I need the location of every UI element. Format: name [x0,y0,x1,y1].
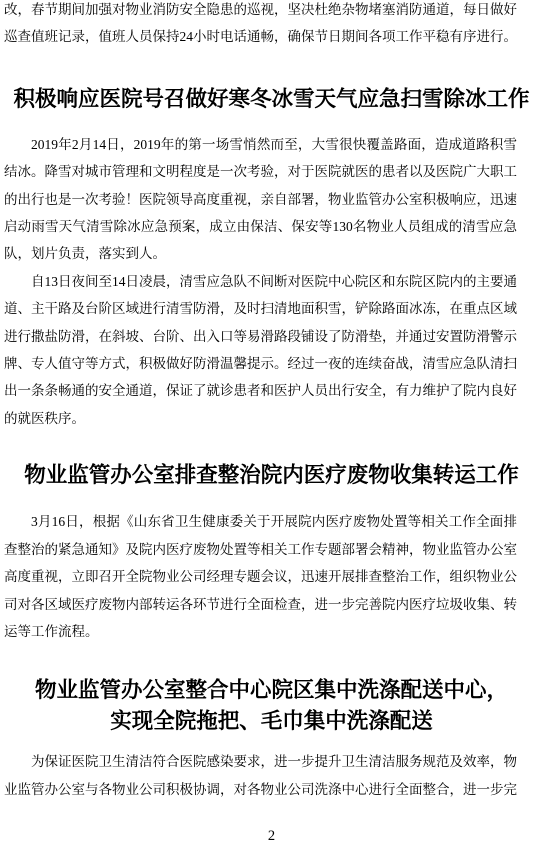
section-3-paragraph-1: 为保证医院卫生清洁符合医院感染要求，进一步提升卫生清洁服务规范及效率，物业监管办… [4,748,517,803]
section-3-heading: 物业监管办公室整合中心院区集中洗涤配送中心，实现全院拖把、毛巾集中洗涤配送 [0,675,543,737]
section-3-heading-line-1: 物业监管办公室整合中心院区集中洗涤配送中心， [35,678,508,703]
continuation-paragraph: 改，春节期间加强对物业消防安全隐患的巡视，坚决杜绝杂物堵塞消防通道，每日做好巡查… [4,0,517,51]
section-2-paragraph-1: 3月16日，根据《山东省卫生健康委关于开展院内医疗废物处置等相关工作全面排查整治… [4,508,517,645]
section-3-heading-line-2: 实现全院拖把、毛巾集中洗涤配送 [110,709,433,734]
section-1-heading: 积极响应医院号召做好寒冬冰雪天气应急扫雪除冰工作 [0,84,543,115]
section-2-heading: 物业监管办公室排查整治院内医疗废物收集转运工作 [0,460,543,491]
section-1-paragraph-2: 自13日夜间至14日凌晨，清雪应急队不间断对医院中心院区和东院区院内的主要通道、… [4,268,517,432]
document-page: 改，春节期间加强对物业消防安全隐患的巡视，坚决杜绝杂物堵塞消防通道，每日做好巡查… [0,0,543,848]
page-number: 2 [0,829,543,843]
section-1-paragraph-1: 2019年2月14日，2019年的第一场雪悄然而至，大雪很快覆盖路面，造成道路积… [4,131,517,268]
